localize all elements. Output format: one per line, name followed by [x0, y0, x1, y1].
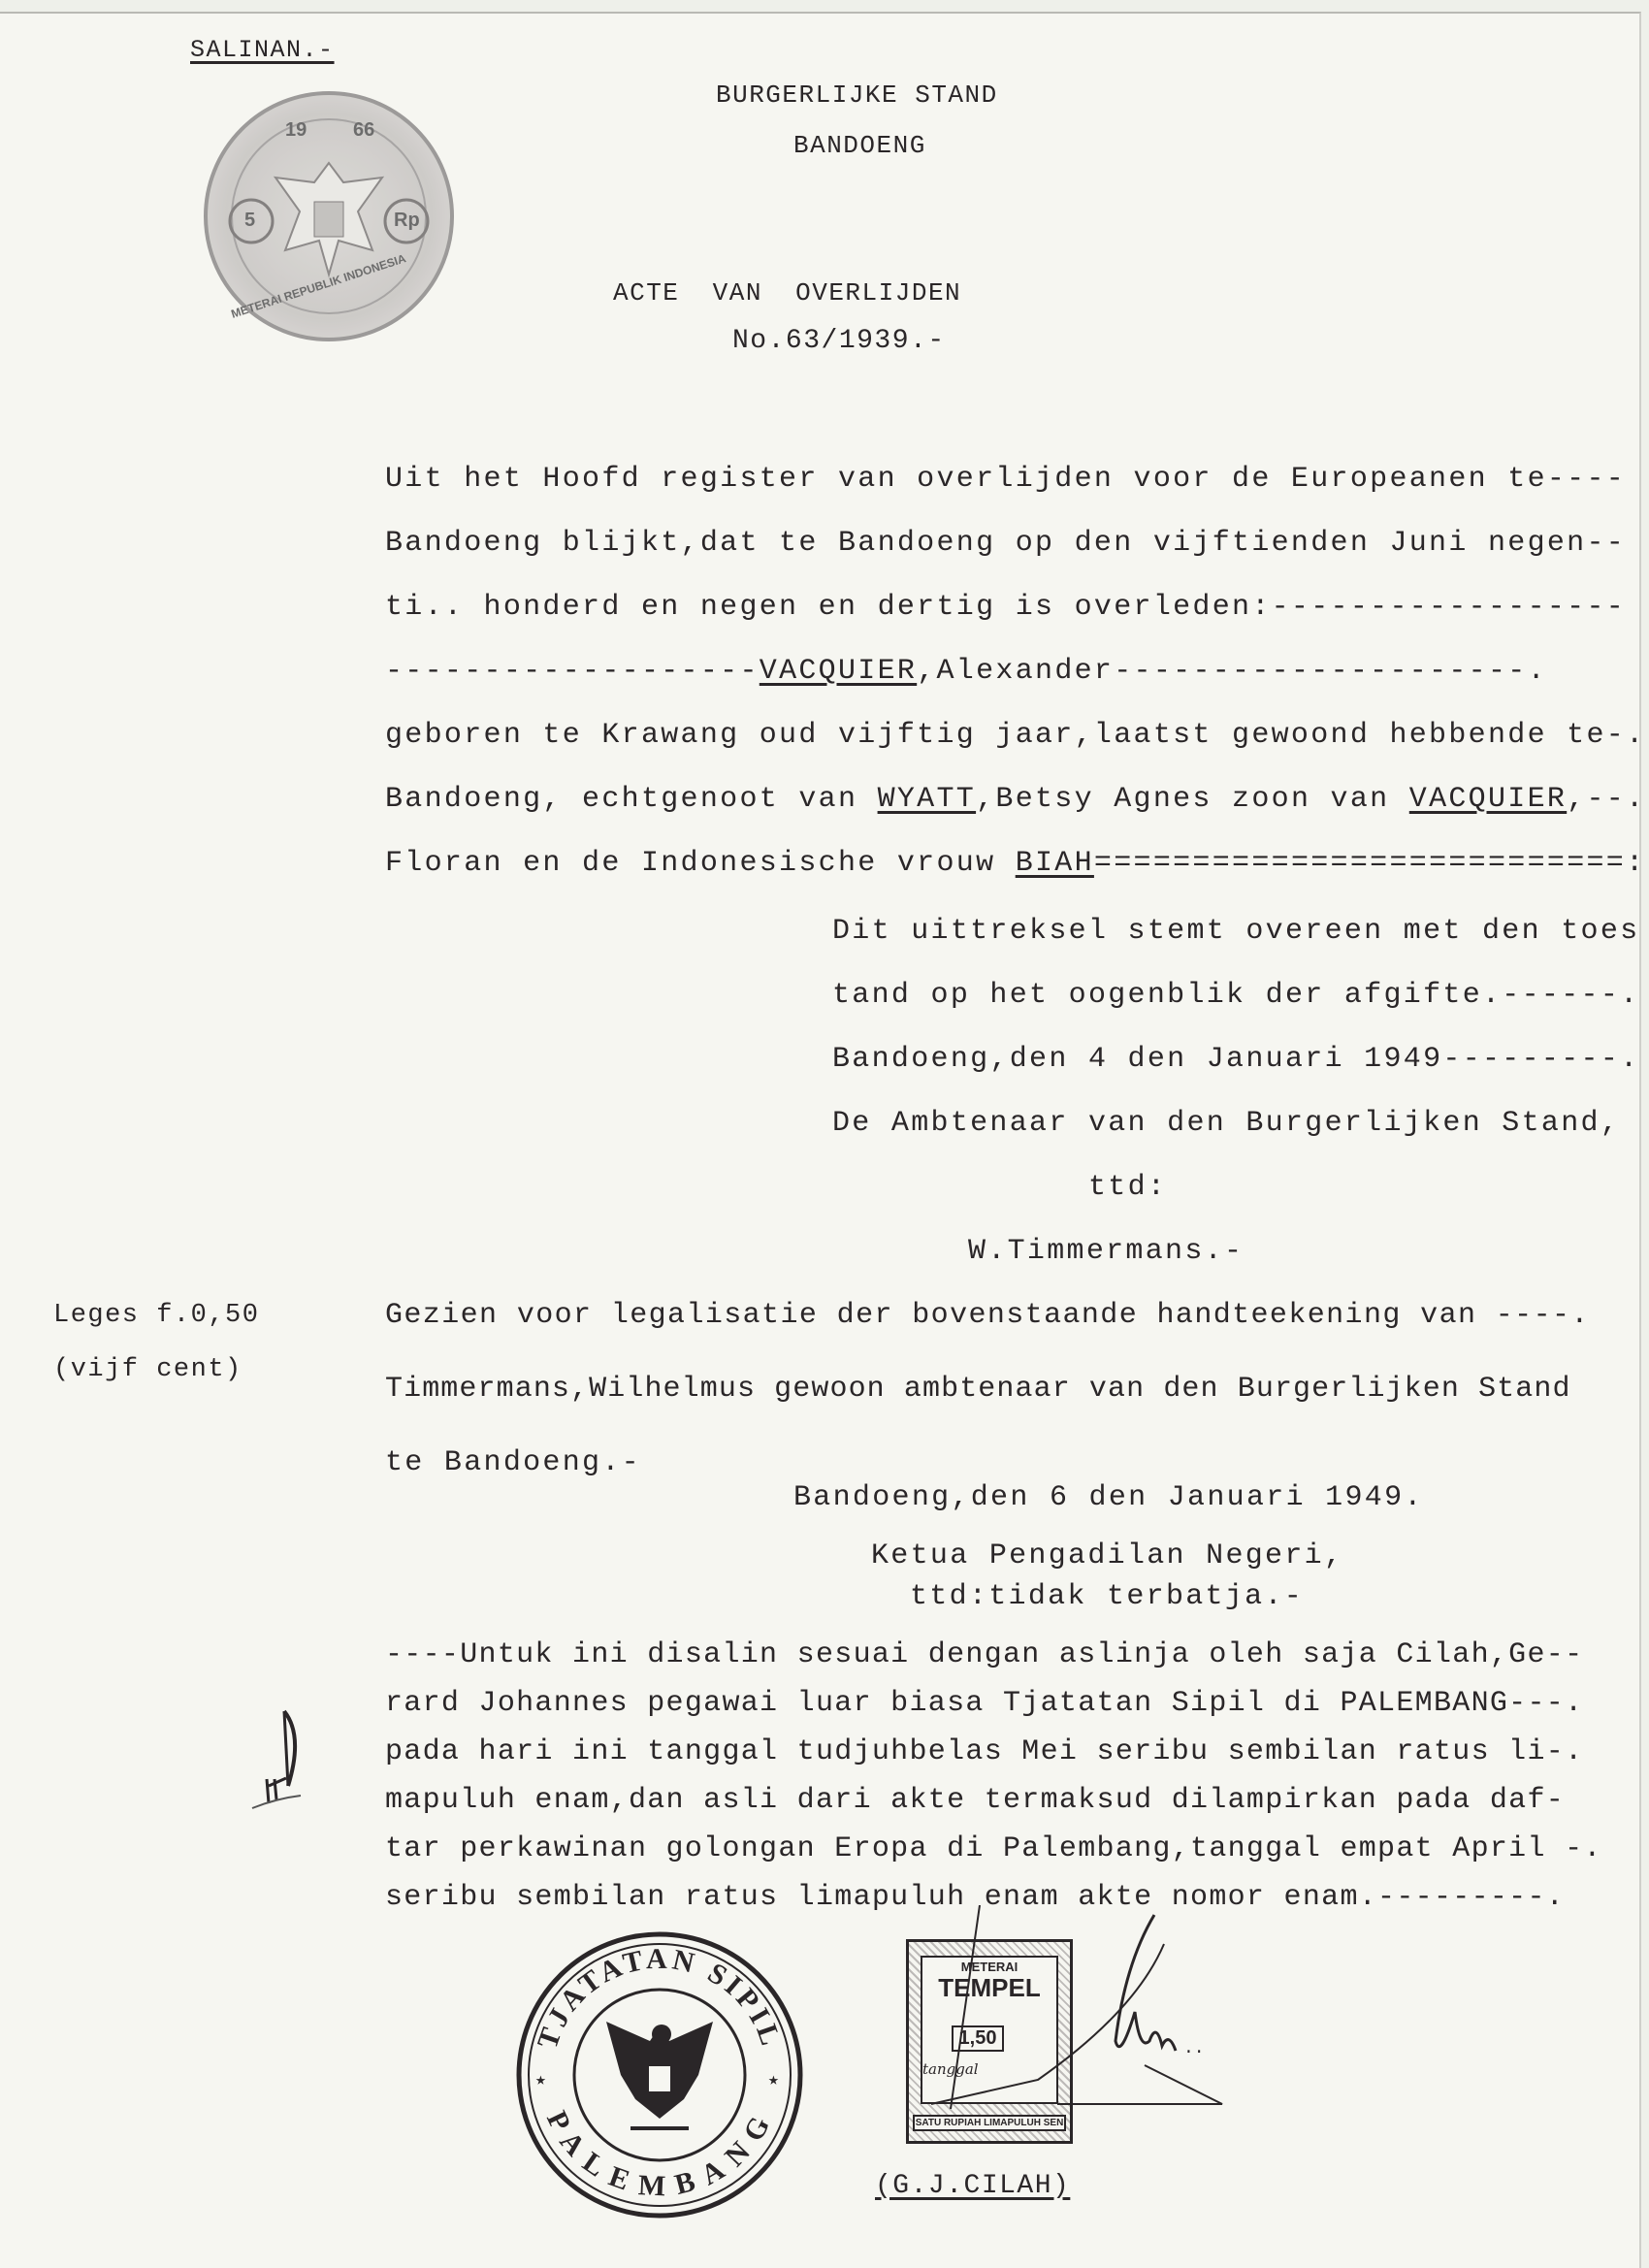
record-line-5: geboren te Krawang oud vijftig jaar,laat… — [385, 718, 1645, 753]
record-line-3: ti.. honderd en negen en dertig is overl… — [385, 590, 1626, 625]
garuda-emblem-icon — [606, 2022, 713, 2128]
line6-text-a: Bandoeng, echtgenoot van — [385, 783, 878, 816]
line7-text-a: Floran en de Indonesische vrouw — [385, 847, 1016, 880]
legalisation-title: Ketua Pengadilan Negeri, — [871, 1539, 1343, 1573]
office-line-2: BANDOENG — [793, 128, 926, 163]
copy-label: SALINAN.- — [190, 33, 335, 68]
official-seal: TJATATAN SIPIL PALEMBANG ★ ★ — [514, 1929, 805, 2220]
star-icon: ★ — [768, 2071, 779, 2090]
document-title: ACTE VAN OVERLIJDEN — [613, 275, 961, 310]
line7-text-b: ===========================: — [1094, 847, 1645, 880]
star-icon: ★ — [535, 2071, 546, 2090]
legalisation-date: Bandoeng,den 6 den Januari 1949. — [793, 1480, 1424, 1515]
record-line-1: Uit het Hoofd register van overlijden vo… — [385, 462, 1626, 497]
line6-text-c: ,--. — [1567, 783, 1645, 816]
signatory-name: (G.J.CILAH) — [875, 2169, 1070, 2204]
seal-year-left: 19 — [285, 119, 307, 142]
margin-initials-icon — [247, 1706, 325, 1813]
legalisation-line-2: Timmermans,Wilhelmus gewoon ambtenaar va… — [385, 1372, 1571, 1407]
revenue-seal-top: 19 66 5 Rp METERAI REPUBLIK INDONESIA — [204, 91, 454, 341]
copy-line-3: pada hari ini tanggal tudjuhbelas Mei se… — [385, 1734, 1583, 1769]
seal-value: 5 — [244, 210, 255, 232]
document-page: SALINAN.- BURGERLIJKE STAND BANDOENG ACT… — [0, 12, 1641, 2268]
father-surname: VACQUIER — [1409, 783, 1567, 816]
deceased-surname: VACQUIER — [760, 655, 917, 688]
certification-line-1: Dit uittreksel stemt overeen met den toe… — [832, 914, 1639, 949]
certification-signer: W.Timmermans.- — [968, 1234, 1244, 1269]
record-line-7: Floran en de Indonesische vrouw BIAH====… — [385, 846, 1645, 881]
legalisation-line-1: Gezien voor legalisatie der bovenstaande… — [385, 1298, 1590, 1333]
copy-line-1: ----Untuk ini disalin sesuai dengan asli… — [385, 1637, 1583, 1672]
deceased-line: -------------------VACQUIER,Alexander---… — [385, 654, 1547, 689]
fees-line-1: Leges f.0,50 — [53, 1298, 259, 1333]
certification-ttd: ttd: — [1088, 1170, 1167, 1205]
certification-line-2: tand op het oogenblik der afgifte.------… — [832, 978, 1639, 1013]
seal-currency: Rp — [394, 210, 420, 232]
record-line-2: Bandoeng blijkt,dat te Bandoeng op den v… — [385, 526, 1626, 561]
legalisation-signature-note: ttd:tidak terbatja.- — [910, 1579, 1304, 1614]
copy-line-5: tar perkawinan golongan Eropa di Palemba… — [385, 1831, 1602, 1866]
document-number: No.63/1939.- — [732, 324, 946, 359]
certification-official: De Ambtenaar van den Burgerlijken Stand, — [832, 1106, 1620, 1141]
fees-line-2: (vijf cent) — [53, 1352, 242, 1387]
office-line-1: BURGERLIJKE STAND — [716, 78, 998, 113]
deceased-given-name: ,Alexander---------------------. — [917, 655, 1547, 688]
spouse-surname: WYATT — [878, 783, 977, 816]
line6-text-b: ,Betsy Agnes zoon van — [976, 783, 1409, 816]
mother-name: BIAH — [1016, 847, 1094, 880]
legalisation-line-3: te Bandoeng.- — [385, 1445, 641, 1480]
copy-line-4: mapuluh enam,dan asli dari akte termaksu… — [385, 1783, 1565, 1818]
record-line-6: Bandoeng, echtgenoot van WYATT,Betsy Agn… — [385, 782, 1645, 817]
deceased-prefix: ------------------- — [385, 655, 760, 688]
seal-year-right: 66 — [353, 119, 374, 142]
handwritten-signature-icon: .. — [902, 1905, 1251, 2119]
svg-text:..: .. — [1183, 2039, 1205, 2058]
certification-date: Bandoeng,den 4 den Januari 1949---------… — [832, 1042, 1639, 1077]
copy-line-2: rard Johannes pegawai luar biasa Tjatata… — [385, 1686, 1583, 1721]
